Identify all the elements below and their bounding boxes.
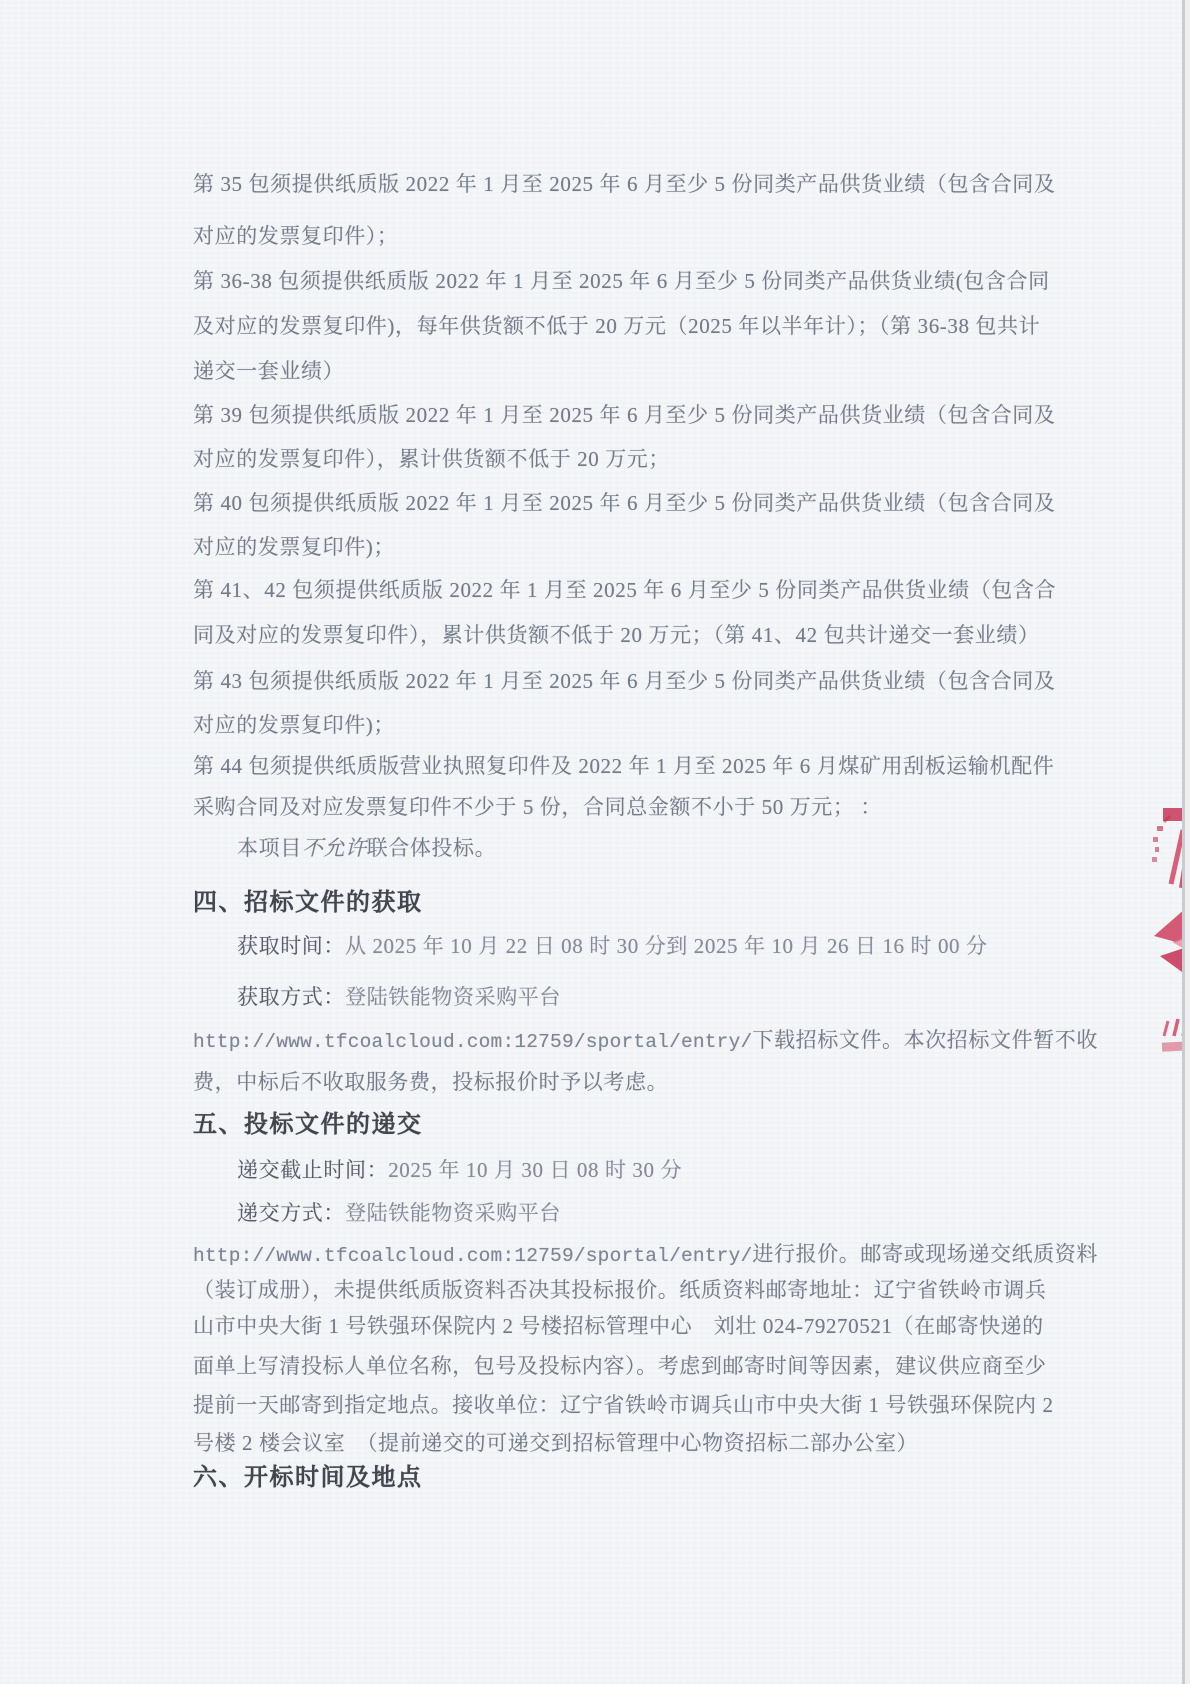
section-heading-obtain-documents: 四、招标文件的获取 [193,888,423,918]
obtain-method-label: 获取方式： [237,985,345,1009]
submission-method-line: 递交方式：登陆铁能物资采购平台 [237,1199,561,1227]
obtain-method-value: 登陆铁能物资采购平台 [345,985,561,1009]
obtain-time-label: 获取时间： [237,934,345,958]
qualification-line: 第 39 包须提供纸质版 2022 年 1 月至 2025 年 6 月至少 5 … [193,401,1056,429]
procurement-platform-url: http://www.tfcoalcloud.com:12759/sportal… [193,1245,752,1267]
qualification-line: 对应的发票复印件），累计供货额不低于 20 万元； [193,445,670,473]
no-consortium-emphasis: 不允许 [302,836,367,860]
mailing-line: 号楼 2 楼会议室 （提前递交的可递交到招标管理中心物资招标二部办公室） [193,1429,918,1457]
submission-deadline-value: 2025 年 10 月 30 日 08 时 30 分 [388,1158,682,1182]
qualification-line: 同及对应的发票复印件），累计供货额不低于 20 万元；（第 41、42 包共计递… [193,621,1040,649]
procurement-platform-url: http://www.tfcoalcloud.com:12759/sportal… [193,1031,752,1053]
qualification-line: 对应的发票复印件)； [193,711,395,739]
section-heading-bid-opening: 六、开标时间及地点 [193,1463,423,1493]
qualification-line: 第 35 包须提供纸质版 2022 年 1 月至 2025 年 6 月至少 5 … [193,170,1056,198]
mailing-line: （装订成册），未提供纸质版资料否决其投标报价。纸质资料邮寄地址：辽宁省铁岭市调兵 [193,1276,1047,1304]
obtain-time-value: 从 2025 年 10 月 22 日 08 时 30 分到 2025 年 10 … [345,934,988,958]
submission-method-value: 登陆铁能物资采购平台 [345,1201,561,1225]
mailing-line: 山市中央大街 1 号铁强环保院内 2 号楼招标管理中心 刘壮 024-79270… [193,1312,1044,1340]
scan-edge-margin [1185,0,1190,1684]
submission-method-label: 递交方式： [237,1201,345,1225]
qualification-line: 第 40 包须提供纸质版 2022 年 1 月至 2025 年 6 月至少 5 … [193,489,1056,517]
qualification-line: 对应的发票复印件）； [193,222,399,250]
qualification-line: 对应的发票复印件)； [193,533,395,561]
submission-url-tail: 进行报价。邮寄或现场递交纸质资料 [752,1242,1098,1266]
obtain-url-tail: 下载招标文件。本次招标文件暂不收 [752,1028,1098,1052]
obtain-method-line: 获取方式：登陆铁能物资采购平台 [237,983,561,1011]
qualification-line: 递交一套业绩） [193,357,344,385]
qualification-line: 第 44 包须提供纸质版营业执照复印件及 2022 年 1 月至 2025 年 … [193,752,1054,780]
no-consortium-prefix: 本项目 [237,836,302,860]
scanned-document-page: 第 35 包须提供纸质版 2022 年 1 月至 2025 年 6 月至少 5 … [0,0,1190,1684]
submission-deadline-line: 递交截止时间：2025 年 10 月 30 日 08 时 30 分 [237,1156,682,1184]
fee-note-line: 费，中标后不收取服务费，投标报价时予以考虑。 [193,1068,668,1096]
qualification-line: 采购合同及对应发票复印件不少于 5 份，合同总金额不小于 50 万元； ： [193,793,882,821]
no-consortium-suffix: 联合体投标。 [367,836,497,860]
submission-deadline-label: 递交截止时间： [237,1158,388,1182]
qualification-line: 及对应的发票复印件)，每年供货额不低于 20 万元（2025 年以半年计）；（第… [193,312,1040,340]
qualification-line: 第 41、42 包须提供纸质版 2022 年 1 月至 2025 年 6 月至少… [193,576,1056,604]
obtain-url-line: http://www.tfcoalcloud.com:12759/sportal… [193,1026,1098,1056]
qualification-line: 第 43 包须提供纸质版 2022 年 1 月至 2025 年 6 月至少 5 … [193,667,1056,695]
no-consortium-line: 本项目不允许联合体投标。 [237,834,496,862]
submission-url-line: http://www.tfcoalcloud.com:12759/sportal… [193,1240,1098,1270]
obtain-time-line: 获取时间：从 2025 年 10 月 22 日 08 时 30 分到 2025 … [237,932,988,960]
section-heading-bid-submission: 五、投标文件的递交 [193,1110,423,1140]
mailing-line: 面单上写清投标人单位名称，包号及投标内容）。考虑到邮寄时间等因素，建议供应商至少 [193,1352,1047,1380]
mailing-line: 提前一天邮寄到指定地点。接收单位：辽宁省铁岭市调兵山市中央大街 1 号铁强环保院… [193,1391,1054,1419]
qualification-line: 第 36-38 包须提供纸质版 2022 年 1 月至 2025 年 6 月至少… [193,267,1050,295]
